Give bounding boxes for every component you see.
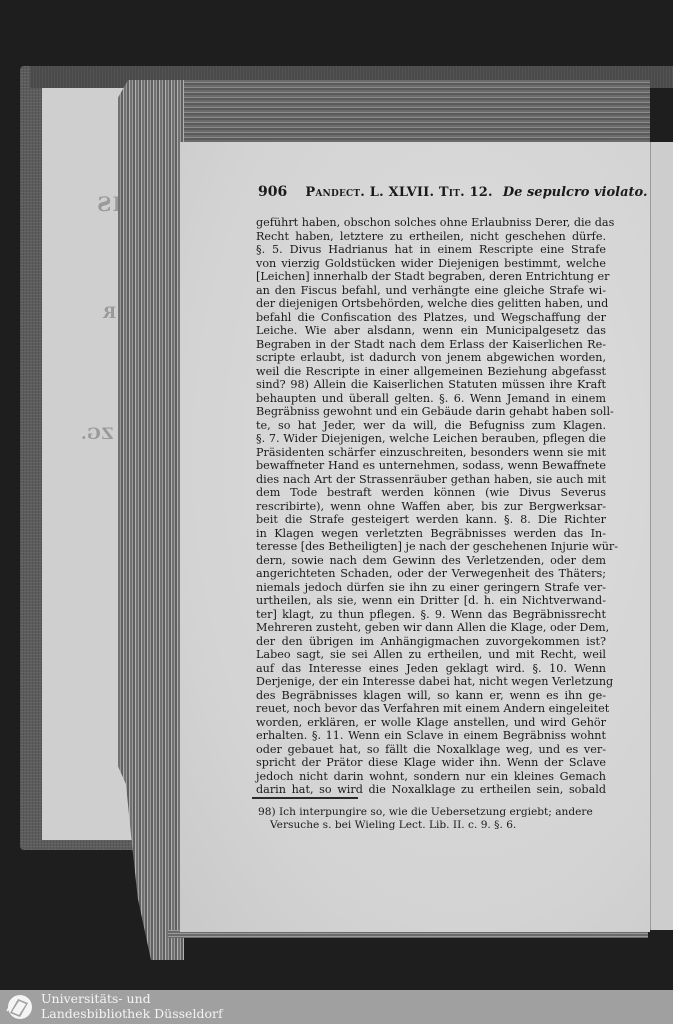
- library-name-line2: Landesbibliothek Düsseldorf: [41, 1006, 223, 1021]
- running-head-title: De sepulcro violato.: [503, 185, 648, 200]
- footnote-line: Versuche s. bei Wieling Lect. Lib. II. c…: [258, 819, 606, 832]
- text-line: dern, sowie nach dem Gewinn des Verletze…: [256, 554, 606, 568]
- text-line: [Leichen] innerhalb der Stadt begraben, …: [256, 270, 606, 284]
- text-line: teresse [des Betheiligten] je nach der g…: [256, 540, 606, 554]
- bleed-through-text: ZG.: [80, 424, 113, 443]
- text-line: Leiche. Wie aber alsdann, wenn ein Munic…: [256, 324, 606, 338]
- text-line: darin hat, so wird die Noxalklage zu ert…: [256, 783, 606, 797]
- text-line: auf das Interesse eines Jeden geklagt wi…: [256, 662, 606, 676]
- text-line: von vierzig Goldstücken wider Diejenigen…: [256, 257, 606, 271]
- text-line: §. 7. Wider Diejenigen, welche Leichen b…: [256, 432, 606, 446]
- text-line: befahl die Confiscation des Platzes, und…: [256, 311, 606, 325]
- footnote: 98) Ich interpungire so, wie die Ueberse…: [258, 806, 606, 831]
- text-line: scripte erlaubt, ist dadurch von jenem a…: [256, 351, 606, 365]
- text-line: Präsidenten schärfer einzuschreiten, bes…: [256, 446, 606, 460]
- text-line: der den übrigen im Anhängigmachen zuvorg…: [256, 635, 606, 649]
- library-name: Universitäts- und Landesbibliothek Düsse…: [41, 991, 223, 1021]
- library-logo-icon: [4, 993, 34, 1021]
- text-line: spricht der Prätor diese Klage wider ihn…: [256, 756, 606, 770]
- text-line: des Begräbnisses klagen will, so kann er…: [256, 689, 606, 703]
- text-line: rescribirte), wenn ohne Waffen aber, bis…: [256, 500, 606, 514]
- text-line: oder gebauet hat, so fällt die Noxalklag…: [256, 743, 606, 757]
- page-number: 906: [258, 184, 287, 200]
- text-line: §. 5. Divus Hadrianus hat in einem Rescr…: [256, 243, 606, 257]
- text-line: geführt haben, obschon solches ohne Erla…: [256, 216, 606, 230]
- text-line: worden, erklären, er wolle Klage anstell…: [256, 716, 606, 730]
- text-line: dies nach Art der Strassenräuber gethan …: [256, 473, 606, 487]
- facing-page-edge: [650, 142, 673, 930]
- text-line: behaupten und überall gelten. §. 6. Wenn…: [256, 392, 606, 406]
- text-line: te, so hat Jeder, wer da will, die Befug…: [256, 419, 606, 433]
- text-line: Begraben in der Stadt nach dem Erlass de…: [256, 338, 606, 352]
- text-line: Recht haben, letztere zu ertheilen, nich…: [256, 230, 606, 244]
- bleed-through-text: R: [102, 303, 116, 322]
- text-line: Labeo sagt, sie sei Allen zu ertheilen, …: [256, 648, 606, 662]
- text-line: reuet, noch bevor das Verfahren mit eine…: [256, 702, 606, 716]
- text-line: Mehreren zusteht, geben wir dann Allen d…: [256, 621, 606, 635]
- page-body: geführt haben, obschon solches ohne Erla…: [256, 216, 606, 797]
- text-line: beit die Strafe gesteigert werden kann. …: [256, 513, 606, 527]
- text-line: erhalten. §. 11. Wenn ein Sclave in eine…: [256, 729, 606, 743]
- text-line: dem Tode bestraft werden können (wie Div…: [256, 486, 606, 500]
- text-line: weil die Rescripte in einer allgemeinen …: [256, 365, 606, 379]
- text-line: jedoch nicht darin wohnt, sondern nur ei…: [256, 770, 606, 784]
- footnote-line: 98) Ich interpungire so, wie die Ueberse…: [258, 806, 606, 819]
- text-line: Derjenige, der ein Interesse dabei hat, …: [256, 675, 606, 689]
- text-line: angerichteten Schaden, oder der Verwegen…: [256, 567, 606, 581]
- text-line: der diejenigen Ortsbehörden, welche dies…: [256, 297, 606, 311]
- text-line: ter] klagt, zu thun pflegen. §. 9. Wenn …: [256, 608, 606, 622]
- text-line: niemals jedoch dürfen sie ihn zu einer g…: [256, 581, 606, 595]
- library-name-line1: Universitäts- und: [41, 991, 223, 1006]
- text-line: an den Fiscus befahl, und verhängte eine…: [256, 284, 606, 298]
- text-line: in Klagen wegen verletzten Begräbnisses …: [256, 527, 606, 541]
- bleed-through-text: IS: [96, 192, 122, 216]
- text-line: Begräbniss gewohnt und ein Gebäude darin…: [256, 405, 606, 419]
- text-line: urtheilen, als sie, wenn ein Dritter [d.…: [256, 594, 606, 608]
- text-line: bewaffneter Hand es unternehmen, sodass,…: [256, 459, 606, 473]
- text-line: sind? 98) Allein die Kaiserlichen Statut…: [256, 378, 606, 392]
- running-head: Pandect. L. XLVII. Tit. 12.: [305, 185, 492, 200]
- page-stack-top: [130, 80, 650, 142]
- footnote-rule: [252, 797, 358, 799]
- running-header: 906 Pandect. L. XLVII. Tit. 12. De sepul…: [258, 184, 618, 204]
